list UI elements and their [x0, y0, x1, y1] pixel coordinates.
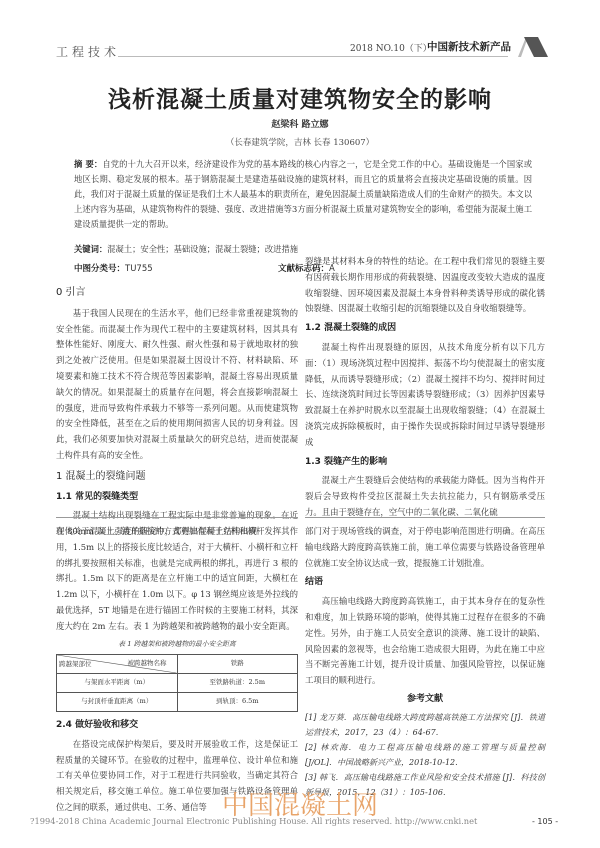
column-divider-right: [305, 517, 545, 518]
table-caption: 表 1 跨越架和被跨越物的最小安全距离: [56, 637, 298, 653]
article-title: 浅析混凝土质量对建筑物安全的影响: [0, 81, 600, 114]
keywords-label: 关键词：: [74, 244, 107, 254]
references-heading: 参考文献: [305, 692, 545, 708]
table-row-value: 至铁路轨道：2.5m: [177, 674, 298, 693]
abstract-text: 自党的十九大召开以来，经济建设作为党的基本路线的核心内容之一，它是全党工作的中心…: [74, 159, 532, 229]
header-rule: [118, 56, 508, 57]
top-right-column: 裂缝是其材料本身的特性的结论。在工程中我们常见的裂缝主要有因荷载长期作用形成的荷…: [305, 254, 545, 521]
table-row-label: 与架面水平距离（m）: [57, 674, 178, 693]
heading-section-1: 1 混凝土的裂缝问题: [56, 469, 298, 485]
abstract: 摘 要：自党的十九大召开以来，经济建设作为党的基本路线的核心内容之一，它是全党工…: [74, 157, 532, 232]
table-row-value: 到轨顶：6.5m: [177, 693, 298, 712]
top-left-column: 0 引言 基于我国人民现在的生活水平，他们已经非常重视建筑物的安全性能。而混凝土…: [56, 280, 298, 540]
heading-2-4: 2.4 做好验收和移交: [56, 718, 298, 734]
table-row: 与封顶杆垂直距离（m） 到轨顶：6.5m: [57, 693, 298, 712]
heading-1-3: 1.3 裂缝产生的影响: [305, 455, 545, 471]
column-divider-left: [56, 517, 298, 518]
bottom-right-column: 部门对于现场管线的调查，对于停电影响范围进行明确。在高压输电线路大跨度跨高铁施工…: [305, 524, 545, 800]
page-number: - 105 -: [532, 817, 558, 826]
table-row-label: 与封顶杆垂直距离（m）: [57, 693, 178, 712]
keywords: 关键词：混凝土；安全性；基础设施；混凝土裂缝；改进措施: [74, 243, 298, 255]
paragraph-conclusion: 高压输电线路大跨度跨高铁施工，由于其本身存在的复杂性和难度，加上铁路环境的影响，…: [305, 594, 545, 689]
table-row: 与架面水平距离（m） 至铁路轨道：2.5m: [57, 674, 298, 693]
heading-1-2: 1.2 混凝土裂缝的成因: [305, 321, 545, 337]
heading-introduction: 0 引言: [56, 285, 298, 301]
heading-conclusion: 结语: [305, 575, 545, 591]
corner-bottom-label: 跨越架部位: [59, 657, 92, 673]
paragraph-scaffold: 在 80mm 以上。错开搭接的方式更加有利于立杆和横杆发挥其作用，1.5m 以上…: [56, 524, 298, 635]
journal-logo-icon: [516, 37, 548, 57]
heading-1-1: 1.1 常见的裂缝类型: [56, 490, 298, 506]
paragraph-continued: 裂缝是其材料本身的特性的结论。在工程中我们常见的裂缝主要有因荷载长期作用形成的荷…: [305, 254, 545, 317]
reference-item: [2] 林欢海．电力工程高压输电线路的施工管理与质量控制 [J/OL]．中国战略…: [305, 740, 545, 770]
section-label: 工程技术: [56, 43, 120, 60]
bottom-left-column: 在 80mm 以上。错开搭接的方式更加有利于立杆和横杆发挥其作用，1.5m 以上…: [56, 524, 298, 816]
journal-name: 中国新技术新产品: [427, 39, 511, 54]
safety-distance-table: 被跨越物名称 跨越架部位 铁路 与架面水平距离（m） 至铁路轨道：2.5m 与封…: [56, 654, 298, 712]
paragraph-introduction: 基于我国人民现在的生活水平，他们已经非常重视建筑物的安全性能。而混凝土作为现代工…: [56, 306, 298, 464]
clc-label: 中图分类号：: [74, 264, 125, 274]
copyright-notice: ?1994-2018 China Academic Journal Electr…: [30, 816, 477, 826]
paragraph-1-3: 混凝土产生裂缝后会使结构的承载能力降低。因为当构件开裂后会导致构件受拉区混凝土失…: [305, 473, 545, 520]
corner-top-label: 被跨越物名称: [128, 656, 167, 672]
paragraph-1-2: 混凝土构件出现裂缝的原因，从技术角度分析有以下几方面：（1）现场浇筑过程中因搅拌…: [305, 340, 545, 451]
reference-item: [1] 龙万葵．高压输电线路大跨度跨越高铁施工方法探究 [J]．铁道运营技术，2…: [305, 710, 545, 740]
keywords-text: 混凝土；安全性；基础设施；混凝土裂缝；改进措施: [107, 244, 298, 254]
abstract-label: 摘 要：: [74, 159, 102, 169]
article-authors: 赵梁科 路立娜: [0, 117, 600, 130]
clc-value: TU755: [125, 264, 153, 274]
issue-label: 2018 NO.10（下）: [350, 41, 432, 54]
clc-number: 中图分类号：TU755: [74, 262, 153, 274]
table-col-header: 铁路: [177, 655, 298, 674]
author-affiliation: （长春建筑学院，吉林 长春 130607）: [0, 136, 600, 148]
table-corner-cell: 被跨越物名称 跨越架部位: [57, 655, 178, 674]
paragraph-continued-2: 部门对于现场管线的调查，对于停电影响范围进行明确。在高压输电线路大跨度跨高铁施工…: [305, 524, 545, 571]
